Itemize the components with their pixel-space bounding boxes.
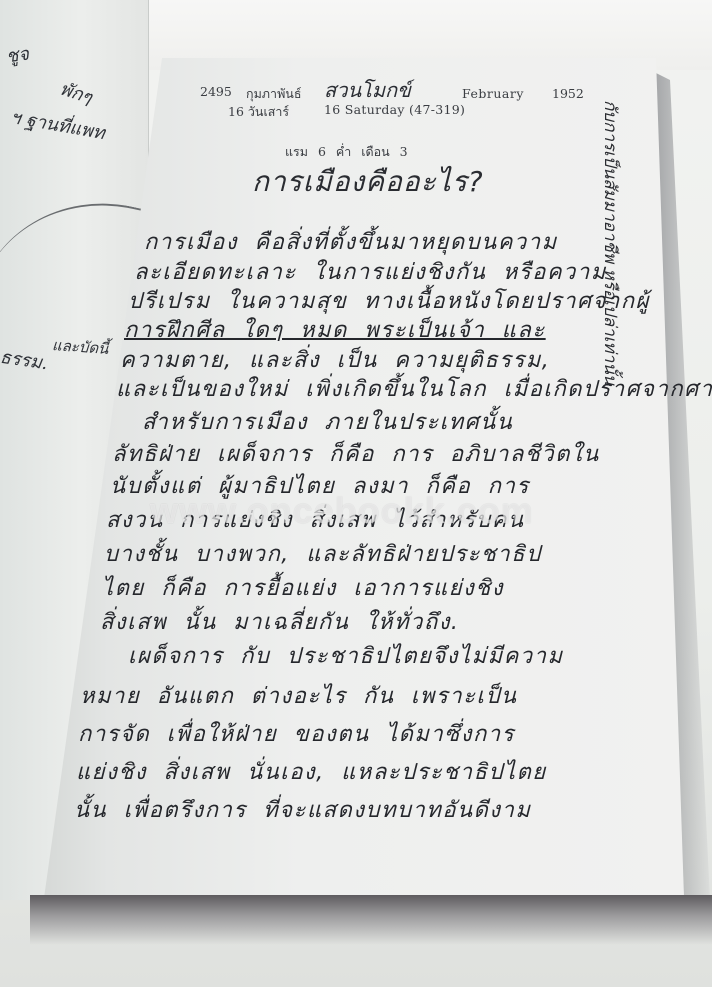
year-common-era: 1952 bbox=[552, 86, 584, 101]
text-line: นั้น เพื่อตรึงการ ที่จะแสดงบทบาทอันดีงาม bbox=[74, 792, 531, 827]
margin-note: กับการเป็นสัมมาอาชีพ หรือเปล่าเท่านั้น bbox=[590, 100, 624, 380]
text-line: ไตย ก็คือ การยื้อแย่ง เอาการแย่งชิง bbox=[102, 570, 504, 605]
text-line: สิ่งเสพ นั้น มาเฉลี่ยกัน ให้ทั่วถึง. bbox=[100, 604, 459, 639]
watermark: www.oncebookk.com bbox=[150, 490, 534, 532]
month-english: February bbox=[462, 86, 524, 101]
text-line: สำหรับการเมือง ภายในประเทศนั้น bbox=[142, 404, 513, 439]
text-line: เผด็จการ กับ ประชาธิปไตยจึงไม่มีความ bbox=[128, 638, 564, 673]
text-line: หมาย อันแตก ต่างอะไร กัน เพราะเป็น bbox=[80, 678, 517, 713]
text-line: แย่งชิง สิ่งเสพ นั่นเอง, แหละประชาธิปไตย bbox=[76, 754, 547, 789]
page-bottom-shadow bbox=[30, 895, 712, 945]
diary-header: 2495 กุมภาพันธ์ สวนโมกข์ February 1952 1… bbox=[200, 82, 600, 122]
text-line: ลัทธิฝ่าย เผด็จการ ก็คือ การ อภิบาลชีวิต… bbox=[112, 436, 600, 471]
day-english: 16 Saturday (47-319) bbox=[324, 102, 465, 117]
page-title: การเมืองคืออะไร? bbox=[252, 160, 484, 204]
lunar-date: แรม 6 ค่ำ เดือน 3 bbox=[285, 142, 408, 162]
left-page-fragment: ธรรม. bbox=[0, 342, 50, 377]
text-line: การจัด เพื่อให้ฝ่าย ของตน ได้มาซึ่งการ bbox=[78, 716, 515, 751]
left-page-fragment: และบัดนี้ bbox=[51, 333, 109, 361]
left-page-fragment: ชูจ bbox=[4, 39, 31, 71]
month-thai: กุมภาพันธ์ bbox=[246, 84, 301, 104]
year-buddhist-era: 2495 bbox=[200, 84, 232, 99]
left-page-fragment: ฯ ฐานที่แพท bbox=[8, 102, 107, 147]
day-thai: 16 วันเสาร์ bbox=[228, 102, 289, 122]
left-page-fragment: พักๆ bbox=[56, 74, 96, 112]
text-line: บางชั้น บางพวก, และลัทธิฝ่ายประชาธิป bbox=[104, 536, 542, 571]
text-line: และเป็นของใหม่ เพิ่งเกิดขึ้นในโลก เมื่อเ… bbox=[116, 371, 712, 406]
